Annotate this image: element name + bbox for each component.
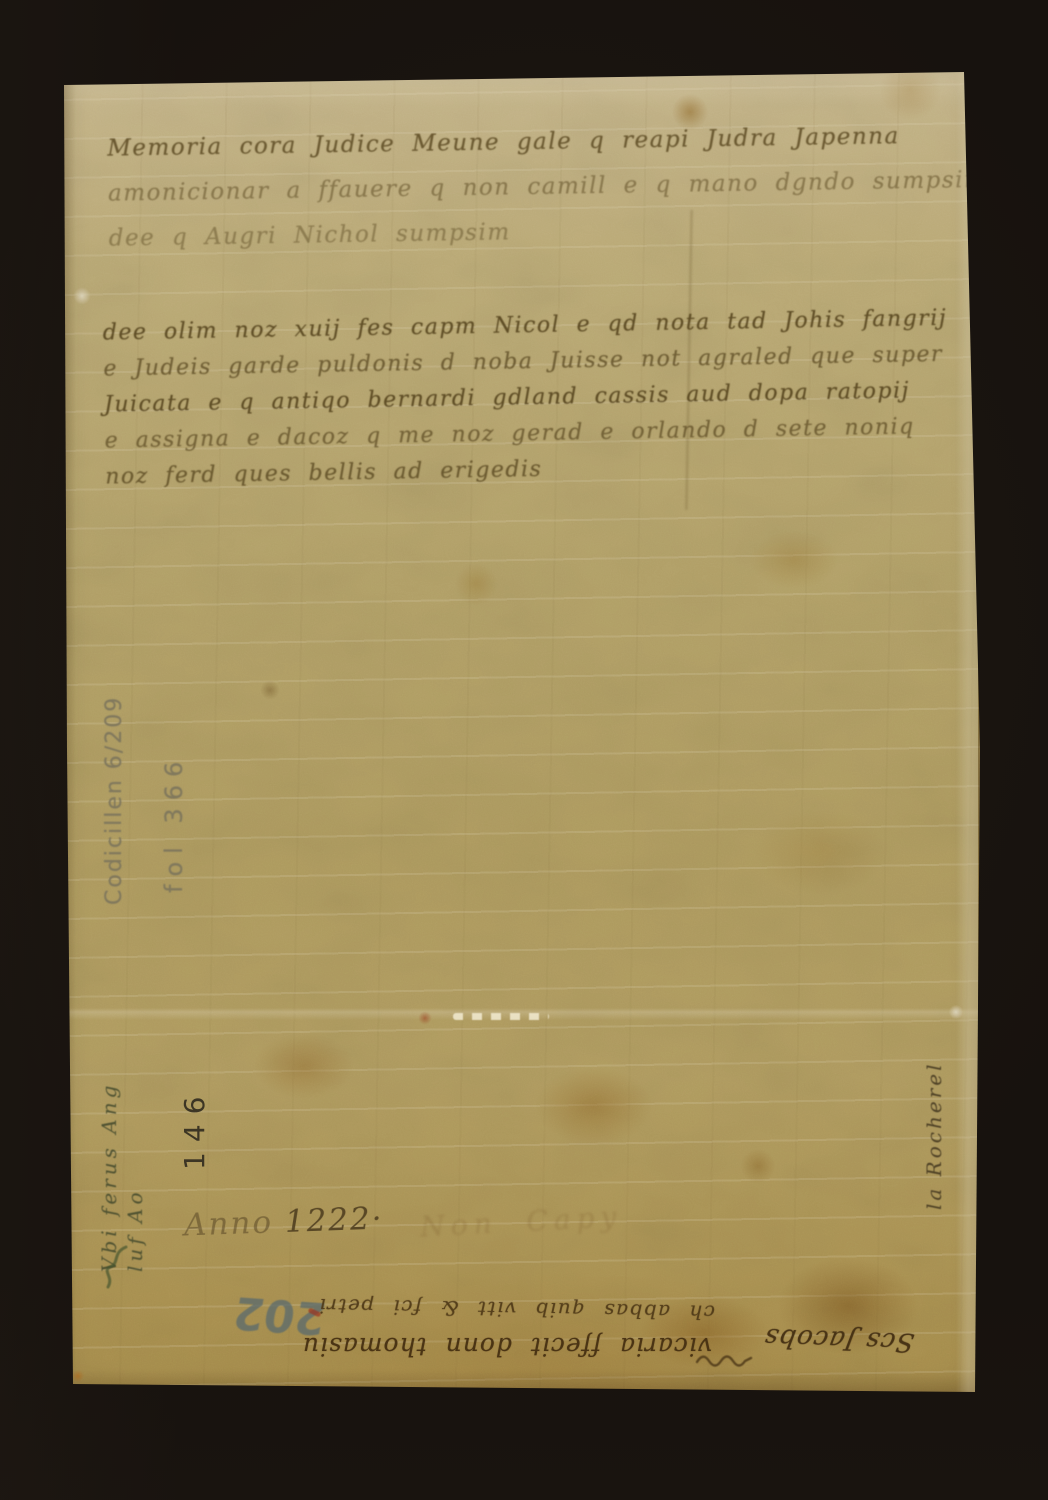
faded-ghost-note: Non Capy	[419, 1190, 820, 1244]
recto-memorandum: Memoria cora Judice Meune gale q reapi J…	[107, 113, 955, 261]
parchment-edge-shading	[58, 60, 982, 1400]
year-value: 1222·	[284, 1201, 384, 1240]
year-word: Anno	[183, 1204, 273, 1243]
side-number: 146	[178, 1087, 211, 1170]
green-ink-mark	[100, 1243, 134, 1293]
pencil-folio-note: fol 366	[160, 754, 188, 893]
dorsal-endorsement-line-2: vicaria ffecit donn thomasiu	[330, 1332, 712, 1361]
parchment-sheet: Memoria cora Judice Meune gale q reapi J…	[58, 60, 982, 1400]
stain-overlay	[58, 60, 982, 1400]
pencil-shelfmark: Codicillen 6/209	[102, 696, 127, 905]
crease-white-dashes	[453, 1013, 549, 1020]
right-edge-note: la Rocherel	[922, 1062, 946, 1211]
year-annotation: Anno 1222·	[183, 1201, 384, 1244]
dorsal-endorsement-right: Scs Jacobs	[739, 1321, 916, 1357]
flourish-mark	[695, 1353, 753, 1369]
grain-texture	[58, 60, 982, 1400]
body-note: dee olim noz xuij fes capm Nicol e qd no…	[102, 300, 971, 495]
